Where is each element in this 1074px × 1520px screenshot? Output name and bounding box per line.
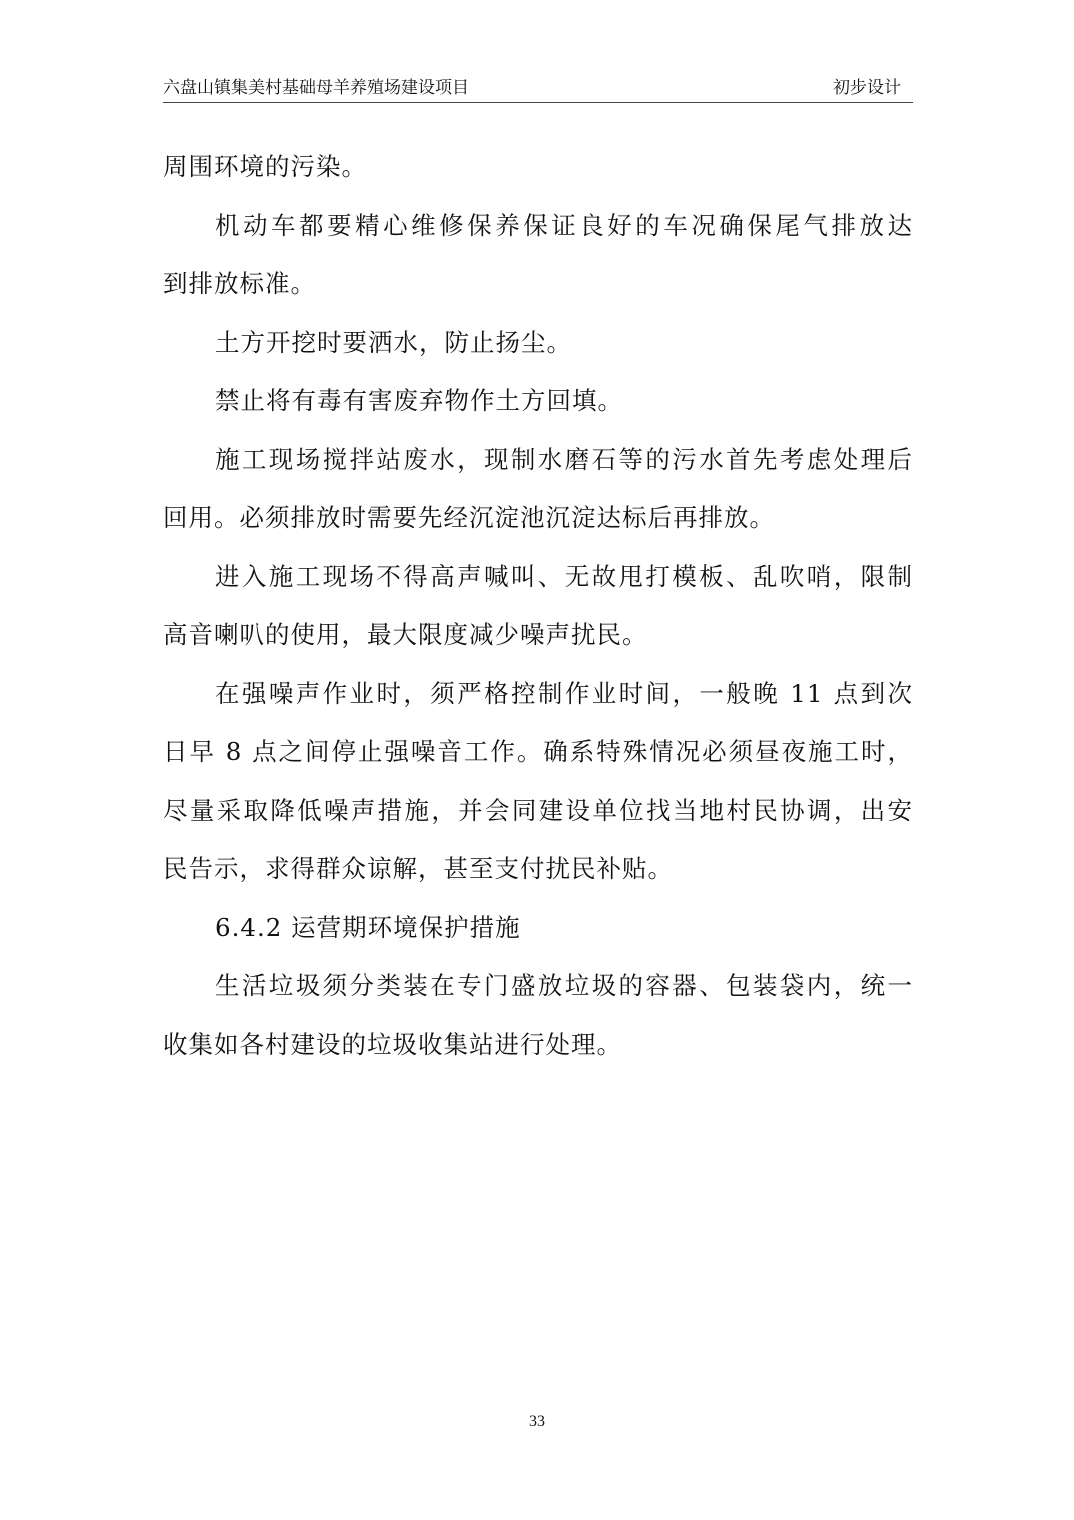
text-line: 收集如各村建设的垃圾收集站进行处理。 xyxy=(163,1016,913,1075)
text-line: 周围环境的污染。 xyxy=(163,138,913,197)
text-line: 尽量采取降低噪声措施，并会同建设单位找当地村民协调，出安 xyxy=(163,782,913,841)
text-line: 在强噪声作业时，须严格控制作业时间，一般晚 11 点到次 xyxy=(163,665,913,724)
text-line: 生活垃圾须分类装在专门盛放垃圾的容器、包装袋内，统一 xyxy=(163,957,913,1016)
text-line: 施工现场搅拌站废水，现制水磨石等的污水首先考虑处理后 xyxy=(163,431,913,490)
page-number: 33 xyxy=(0,1413,1074,1431)
text-line: 民告示，求得群众谅解，甚至支付扰民补贴。 xyxy=(163,840,913,899)
project-title: 六盘山镇集美村基础母羊养殖场建设项目 xyxy=(163,78,469,98)
section-heading: 6.4.2 运营期环境保护措施 xyxy=(163,899,913,958)
text-line: 到排放标准。 xyxy=(163,255,913,314)
text-line: 机动车都要精心维修保养保证良好的车况确保尾气排放达 xyxy=(163,197,913,256)
document-stage: 初步设计 xyxy=(833,78,901,98)
body-text: 周围环境的污染。 机动车都要精心维修保养保证良好的车况确保尾气排放达 到排放标准… xyxy=(163,138,913,1074)
text-line: 土方开挖时要洒水，防止扬尘。 xyxy=(163,314,913,373)
page-header: 六盘山镇集美村基础母羊养殖场建设项目 初步设计 xyxy=(163,78,913,103)
text-line: 禁止将有毒有害废弃物作土方回填。 xyxy=(163,372,913,431)
text-line: 日早 8 点之间停止强噪音工作。确系特殊情况必须昼夜施工时， xyxy=(163,723,913,782)
text-line: 进入施工现场不得高声喊叫、无故甩打模板、乱吹哨，限制 xyxy=(163,548,913,607)
text-line: 回用。必须排放时需要先经沉淀池沉淀达标后再排放。 xyxy=(163,489,913,548)
text-line: 高音喇叭的使用，最大限度减少噪声扰民。 xyxy=(163,606,913,665)
